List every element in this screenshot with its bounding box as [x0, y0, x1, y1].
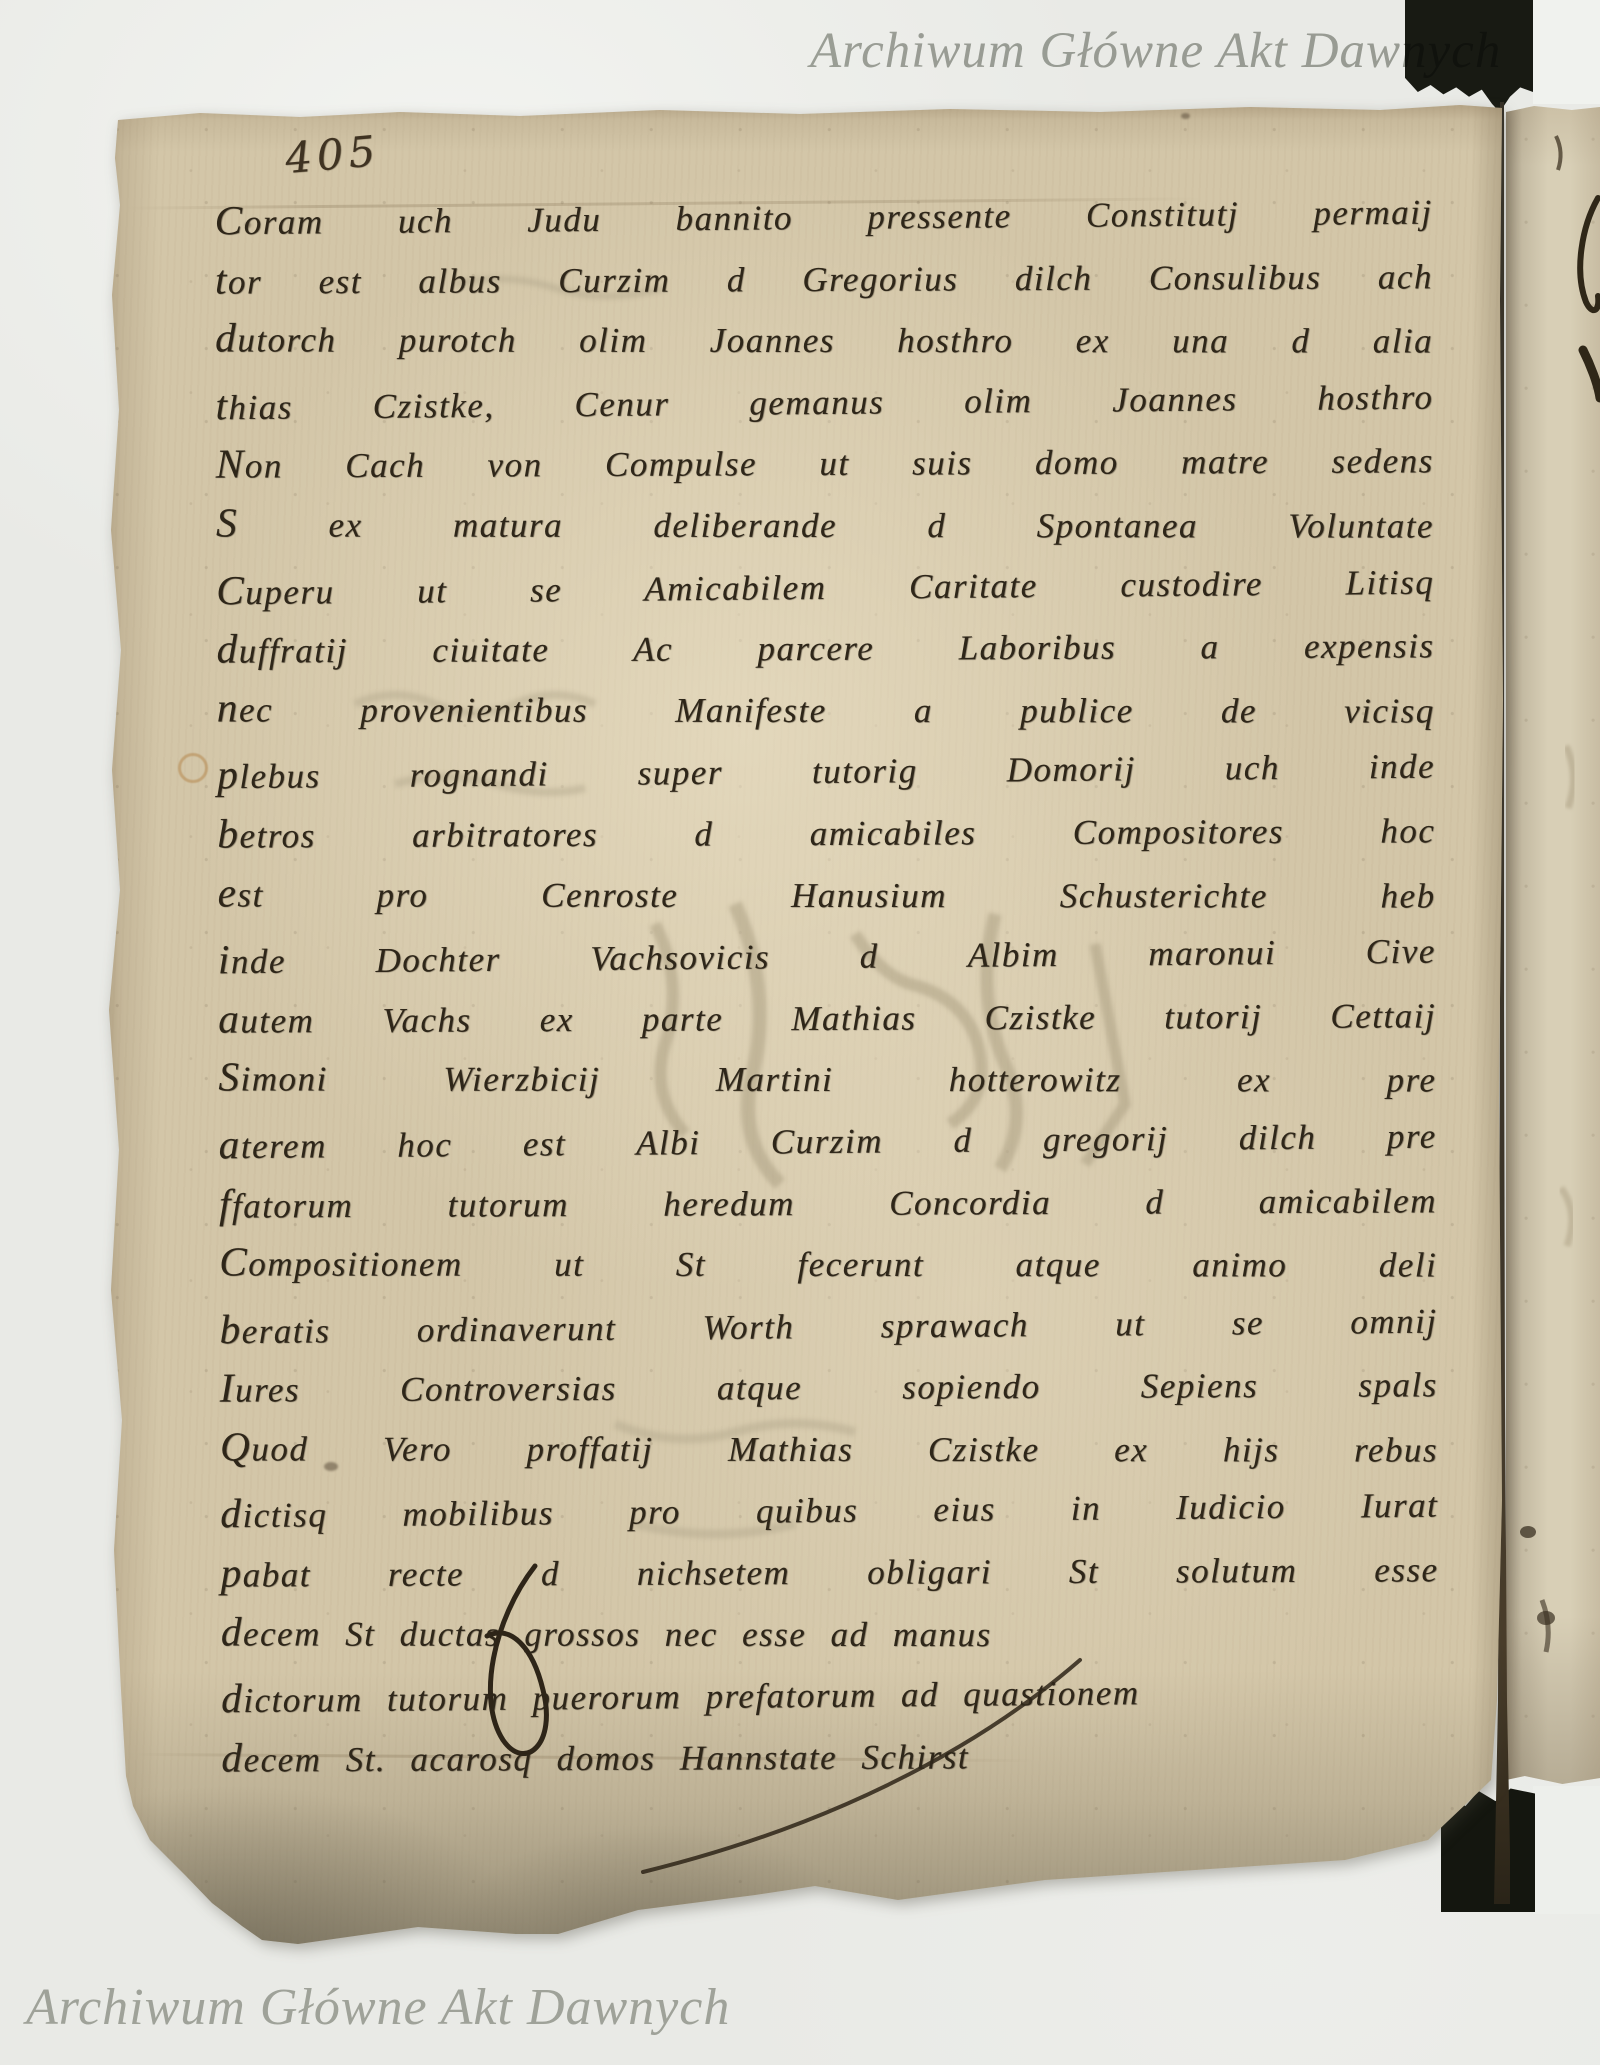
manuscript-line: Cuperu ut se Amicabilem Caritate custodi…	[216, 550, 1434, 622]
manuscript-line: pabat recte d nichsetem obligari St solu…	[220, 1538, 1438, 1605]
manuscript-line: duffratij ciuitate Ac parcere Laboribus …	[216, 615, 1434, 682]
manuscript-line: tor est albus Curzim d Gregorius dilch C…	[215, 245, 1433, 312]
manuscript-line: Simoni Wierzbicij Martini hotterowitz ex…	[218, 1048, 1436, 1111]
scanned-document-canvas: { "watermark": { "text": "Archiwum Główn…	[0, 0, 1600, 2065]
manuscript-line: Iures Controversias atque sopiendo Sepie…	[220, 1354, 1438, 1421]
manuscript-line: ffatorum tutorum heredum Concordia d ami…	[219, 1169, 1437, 1236]
manuscript-line: Coram uch Judu bannito pressente Constit…	[214, 181, 1432, 253]
manuscript-line: nec provenientibus Manifeste a publice d…	[217, 678, 1435, 741]
rust-ring-stain	[178, 753, 208, 783]
manuscript-line: dictisq mobilibus pro quibus eius in Iud…	[220, 1474, 1438, 1546]
ink-speck	[1181, 113, 1190, 119]
manuscript-line: dictorum tutorum puerorum prefatorum ad …	[221, 1659, 1439, 1731]
manuscript-leaf: 405 Coram uch Judu bannito pressente Con…	[95, 104, 1507, 1960]
manuscript-text: Coram uch Judu bannito pressente Constit…	[215, 183, 1440, 1790]
manuscript-line: Compositionem ut St fecerunt atque animo…	[219, 1233, 1437, 1296]
manuscript-line: est pro Cenroste Hanusium Schusterichte …	[218, 863, 1436, 926]
manuscript-line: plebus rognandi super tutorig Domorij uc…	[217, 735, 1435, 807]
manuscript-line: decem St. acarosq domos Hannstate Schirs…	[221, 1723, 1439, 1790]
manuscript-line: dutorch purotch olim Joannes hosthro ex …	[215, 309, 1433, 372]
manuscript-line: decem St ductas grossos nec esse ad manu…	[221, 1602, 1439, 1665]
manuscript-line: S ex matura deliberande d Spontanea Volu…	[216, 493, 1434, 556]
manuscript-line: betros arbitratores d amicabiles Composi…	[217, 799, 1435, 866]
page-number: 405	[283, 126, 382, 183]
manuscript-line: inde Dochter Vachsovicis d Albim maronui…	[218, 920, 1436, 992]
manuscript-line: beratis ordinaverunt Worth sprawach ut s…	[219, 1289, 1437, 1361]
manuscript-line: aterem hoc est Albi Curzim d gregorij di…	[218, 1105, 1436, 1177]
manuscript-line: Quod Vero proffatij Mathias Czistke ex h…	[220, 1417, 1438, 1480]
manuscript-line: Non Cach von Compulse ut suis domo matre…	[216, 430, 1434, 497]
manuscript-line: autem Vachs ex parte Mathias Czistke tut…	[218, 984, 1436, 1051]
manuscript-line: thias Czistke, Cenur gemanus olim Joanne…	[215, 365, 1433, 437]
manuscript-leaf-wrapper: 405 Coram uch Judu bannito pressente Con…	[0, 0, 1600, 2065]
